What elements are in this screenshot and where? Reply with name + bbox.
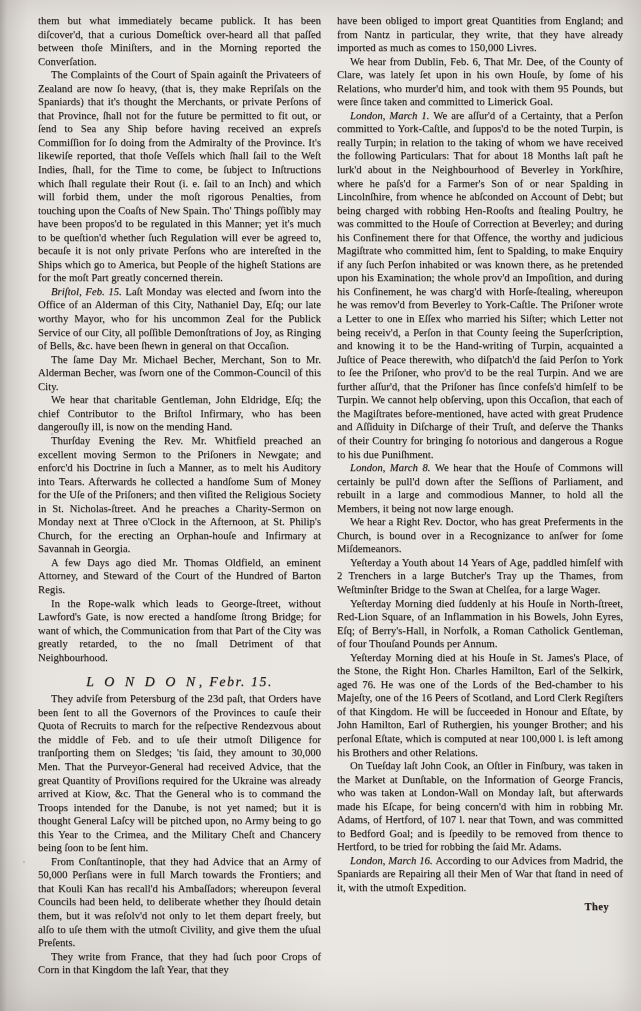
news-paragraph: The Complaints of the Court of Spain aga…: [38, 69, 321, 286]
paragraph-text: We hear from Dublin, Feb. 6, That Mr. De…: [337, 57, 623, 109]
news-paragraph: We hear that charitable Gentleman, John …: [38, 394, 321, 435]
news-paragraph: have been obliged to import great Quanti…: [337, 15, 623, 56]
paragraph-text: We hear that charitable Gentleman, John …: [38, 395, 321, 433]
newspaper-page: them but what immediately became publick…: [0, 0, 641, 1011]
news-paragraph: Thurſday Evening the Rev. Mr. Whitfield …: [38, 435, 321, 557]
news-paragraph: Briſtol, Feb. 15.Laſt Monday was elected…: [38, 286, 321, 354]
paragraph-text: The Complaints of the Court of Spain aga…: [38, 70, 321, 284]
paragraph-text: Thurſday Evening the Rev. Mr. Whitfield …: [38, 436, 321, 555]
news-paragraph: On Tueſday laſt John Cook, an Oſtler in …: [337, 760, 623, 855]
paragraph-text: In the Rope-walk which leads to George-ſ…: [38, 599, 321, 664]
dateline: London, March 8.: [350, 463, 435, 474]
news-paragraph: In the Rope-walk which leads to George-ſ…: [38, 598, 321, 666]
news-paragraph: Yeſterday Morning died at his Houſe in S…: [337, 652, 623, 760]
news-paragraph: London, March 8.We hear that the Houſe o…: [337, 462, 623, 516]
paragraph-text: We are aſſur'd of a Certainty, that a Pe…: [337, 111, 623, 461]
paragraph-text: have been obliged to import great Quanti…: [337, 16, 623, 54]
paragraph-text: The ſame Day Mr. Michael Becher, Merchan…: [38, 355, 321, 393]
paragraph-text: We hear a Right Rev. Doctor, who has gre…: [337, 517, 623, 555]
news-paragraph: Yeſterday a Youth about 14 Years of Age,…: [337, 557, 623, 598]
paragraph-text: Yeſterday Morning died ſuddenly at his H…: [337, 599, 623, 651]
news-paragraph: They write from France, that they had ſu…: [38, 951, 321, 978]
catchword: They: [337, 901, 623, 915]
paragraph-text: A few Days ago died Mr. Thomas Oldfield,…: [38, 558, 321, 596]
news-paragraph: London, March 16.According to our Advice…: [337, 855, 623, 896]
news-paragraph: We hear a Right Rev. Doctor, who has gre…: [337, 516, 623, 557]
paragraph-text: Yeſterday Morning died at his Houſe in S…: [337, 653, 623, 759]
heading-place: L O N D O N,: [86, 675, 206, 690]
news-paragraph: Yeſterday Morning died ſuddenly at his H…: [337, 598, 623, 652]
paragraph-text: On Tueſday laſt John Cook, an Oſtler in …: [337, 761, 623, 853]
news-paragraph: We hear from Dublin, Feb. 6, That Mr. De…: [337, 56, 623, 110]
paragraph-text: From Conſtantinople, that they had Advic…: [38, 857, 321, 949]
heading-date: Febr. 15.: [209, 675, 273, 690]
news-paragraph: They adviſe from Petersburg of the 23d p…: [38, 693, 321, 856]
paragraph-text: They adviſe from Petersburg of the 23d p…: [38, 694, 321, 854]
paragraph-text: them but what immediately became publick…: [38, 16, 321, 68]
news-paragraph: The ſame Day Mr. Michael Becher, Merchan…: [38, 354, 321, 395]
dateline: Briſtol, Feb. 15.: [51, 287, 125, 298]
london-dateline-heading: L O N D O N, Febr. 15.: [38, 675, 321, 691]
news-paragraph: A few Days ago died Mr. Thomas Oldfield,…: [38, 557, 321, 598]
news-paragraph: From Conſtantinople, that they had Advic…: [38, 856, 321, 951]
dateline: London, March 1.: [350, 111, 433, 122]
news-paragraph: them but what immediately became publick…: [38, 15, 321, 69]
left-column: them but what immediately became publick…: [38, 15, 321, 978]
dateline: London, March 16.: [350, 856, 435, 867]
news-paragraph: London, March 1.We are aſſur'd of a Cert…: [337, 110, 623, 462]
right-column: have been obliged to import great Quanti…: [337, 15, 623, 914]
paragraph-text: They write from France, that they had ſu…: [38, 952, 321, 977]
paragraph-text: Yeſterday a Youth about 14 Years of Age,…: [337, 558, 623, 596]
